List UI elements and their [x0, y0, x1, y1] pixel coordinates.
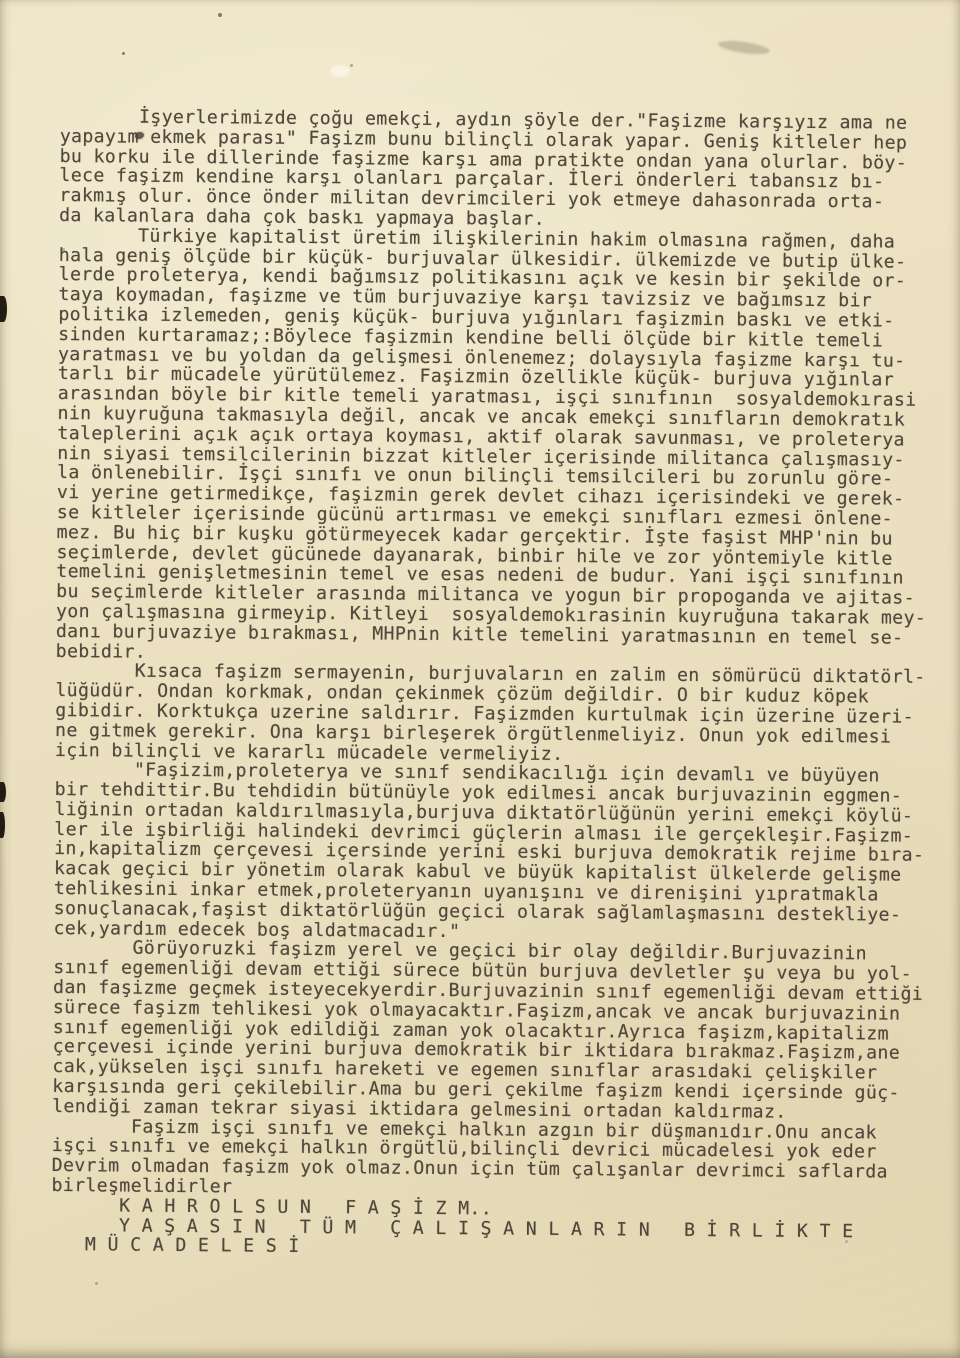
edge-mark — [0, 782, 6, 802]
paper-speck — [95, 1282, 98, 1285]
scanned-page: İşyerlerimizde çoğu emekçi, aydın şöyle … — [0, 0, 960, 1358]
edge-mark — [0, 296, 7, 322]
paper-blotch — [330, 65, 350, 77]
paper-smudge — [717, 38, 770, 56]
edge-mark — [0, 812, 5, 838]
paper-speck — [218, 13, 222, 17]
paper-speck — [350, 64, 353, 67]
typewritten-text: İşyerlerimizde çoğu emekçi, aydın şöyle … — [51, 107, 950, 1262]
paper-speck — [122, 52, 125, 55]
